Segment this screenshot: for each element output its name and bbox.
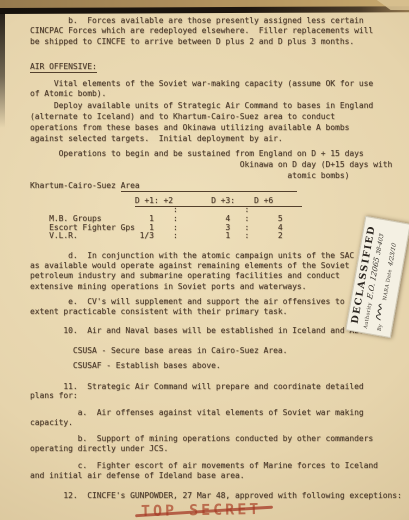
atomic-bombs-line: atomic bombs) bbox=[30, 171, 349, 181]
typed-document-body: b. Forces available are those presently … bbox=[0, 0, 409, 520]
operations-line: Operations to begin and be sustained fro… bbox=[30, 149, 364, 159]
para-deploy-line: against selected targets. Initial deploy… bbox=[30, 134, 283, 144]
para-e-line: extent practicable consistent with their… bbox=[30, 307, 287, 317]
heading-air-offensive: AIR OFFENSIVE: bbox=[30, 62, 97, 72]
stamp-date-label: NARA Date bbox=[380, 268, 395, 301]
para-b-line: CINCPAC Forces which are redeployed else… bbox=[30, 26, 373, 36]
scanned-document-page: { "doc": { "lines": [ " b. Forces availa… bbox=[0, 0, 409, 520]
para-e-line: e. CV's will supplement and support the … bbox=[30, 297, 345, 307]
item-11c-line: and initial air defense of Ideland base … bbox=[30, 471, 245, 481]
classification-footer: TOP SECRET bbox=[141, 501, 262, 519]
item-11b-line: b. Support of mining operations conducte… bbox=[30, 434, 373, 444]
para-deploy-line: Deploy available units of Strategic Air … bbox=[30, 101, 373, 111]
okinawa-line: Okinawa on D day (D+15 days with bbox=[30, 160, 392, 170]
para-vital-line: Vital elements of the Soviet war-making … bbox=[30, 79, 373, 89]
item-11a-line: a. Air offenses against vital elements o… bbox=[30, 408, 364, 418]
item-11-line: plans for: bbox=[30, 391, 78, 401]
para-d-line: d. In conjunction with the atomic campai… bbox=[30, 251, 354, 261]
para-d-line: extensive mining operations in Soviet po… bbox=[30, 282, 306, 292]
item-12-line: 12. CINCFE's GUNPOWDER, 27 Mar 48, appro… bbox=[30, 491, 402, 501]
signature-squiggle-icon bbox=[373, 302, 386, 321]
para-deploy-line: (alternate to Iceland) and to Khartum-Ca… bbox=[30, 112, 335, 122]
para-deploy-line: operations from these bases and Okinawa … bbox=[30, 123, 349, 133]
para-d-line: as available would operate against remai… bbox=[30, 261, 349, 271]
stamp-by-label: By bbox=[375, 323, 386, 332]
khartum-area-line: Khartum-Cairo-Suez Area bbox=[30, 181, 297, 191]
para-d-line: petroleum industry and submarine operati… bbox=[30, 271, 340, 281]
item-10-line: 10. Air and Naval bases will be establis… bbox=[30, 326, 383, 336]
para-b-line: be shipped to CINCFE to arrive between D… bbox=[30, 37, 354, 47]
item-11a-line: capacity. bbox=[30, 418, 73, 428]
para-vital-line: of Atomic bomb). bbox=[30, 89, 106, 99]
csusa-line: CSUSA - Secure base areas in Cairo-Suez … bbox=[30, 346, 287, 356]
table-row-vlr: V.L.R. 1/3 : 1 : 2 bbox=[30, 231, 283, 241]
stamp-date-handwriting: 4/23/10 bbox=[386, 242, 400, 268]
item-11c-line: c. Fighter escort of air movements of Ma… bbox=[30, 461, 378, 471]
para-b-line: b. Forces available are those presently … bbox=[30, 16, 364, 26]
item-11b-line: operating directly under JCS. bbox=[30, 444, 168, 454]
csusaf-line: CSUSAF - Establish bases above. bbox=[30, 361, 221, 371]
item-11-line: 11. Strategic Air Command will prepare a… bbox=[30, 382, 364, 392]
